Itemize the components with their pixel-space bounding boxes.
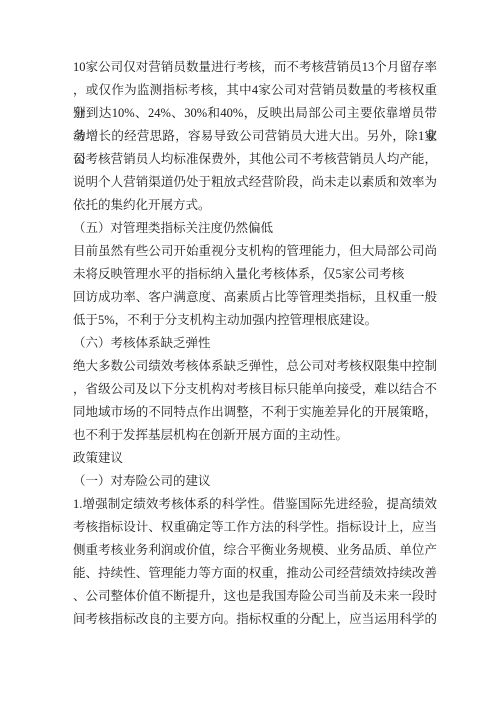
text-line: 司考核营销员人均标准保费外，其他公司不考核营销员人均产能， (73, 148, 437, 171)
text-line: 1.增强制定绩效考核体系的科学性。借鉴国际先进经验，提高绩效 (73, 493, 437, 516)
text-line: 务增长的经营思路，容易导致公司营销员大进大出。另外，除1家公 (73, 125, 437, 148)
text-line: 回访成功率、客户满意度、高素质占比等管理类指标，且权重一般 (73, 286, 437, 309)
text-line: 未将反映管理水平的指标纳入量化考核体系，仅5家公司考核 (73, 263, 437, 286)
text-line: 依托的集约化开展方式。 (73, 194, 437, 217)
text-line: 、公司整体价值不断提升，这也是我国寿险公司当前及未来一段时 (73, 585, 437, 608)
text-line: （六）考核体系缺乏弹性 (73, 332, 437, 355)
document-page: 10家公司仅对营销员数量进行考核，而不考核营销员13个月留存率，或仅作为监测指标… (0, 0, 500, 708)
text-line: 说明个人营销渠道仍处于粗放式经营阶段，尚未走以素质和效率为 (73, 171, 437, 194)
text-line: 间考核指标改良的主要方向。指标权重的分配上，应当运用科学的 (73, 608, 437, 631)
text-line: ，省级公司及以下分支机构对考核目标只能单向接受，难以结合不 (73, 378, 437, 401)
text-line: 也不利于发挥基层机构在创新开展方面的主动性。 (73, 424, 437, 447)
text-line: 低于5%，不利于分支机构主动加强内控管理根底建设。 (73, 309, 437, 332)
text-line: 目前虽然有些公司开始重视分支机构的管理能力，但大局部公司尚 (73, 240, 437, 263)
text-line: 考核指标设计、权重确定等工作方法的科学性。指标设计上，应当 (73, 516, 437, 539)
text-line: （五）对管理类指标关注度仍然偏低 (73, 217, 437, 240)
text-line: 能、持续性、管理能力等方面的权重，推动公司经营绩效持续改善 (73, 562, 437, 585)
text-line: ，或仅作为监测指标考核，其中4家公司对营销员数量的考核权重分 (73, 79, 437, 102)
document-text: 10家公司仅对营销员数量进行考核，而不考核营销员13个月留存率，或仅作为监测指标… (73, 56, 437, 631)
text-line: （一）对寿险公司的建议 (73, 470, 437, 493)
text-line: 10家公司仅对营销员数量进行考核，而不考核营销员13个月留存率 (73, 56, 437, 79)
text-line: 绝大多数公司绩效考核体系缺乏弹性，总公司对考核权限集中控制 (73, 355, 437, 378)
text-line: 同地域市场的不同特点作出调整，不利于实施差异化的开展策略， (73, 401, 437, 424)
text-line: 政策建议 (73, 447, 437, 470)
text-line: 别到达10%、24%、30%和40%，反映出局部公司主要依靠增员带动业 (73, 102, 437, 125)
text-line: 侧重考核业务利润或价值，综合平衡业务规模、业务品质、单位产 (73, 539, 437, 562)
